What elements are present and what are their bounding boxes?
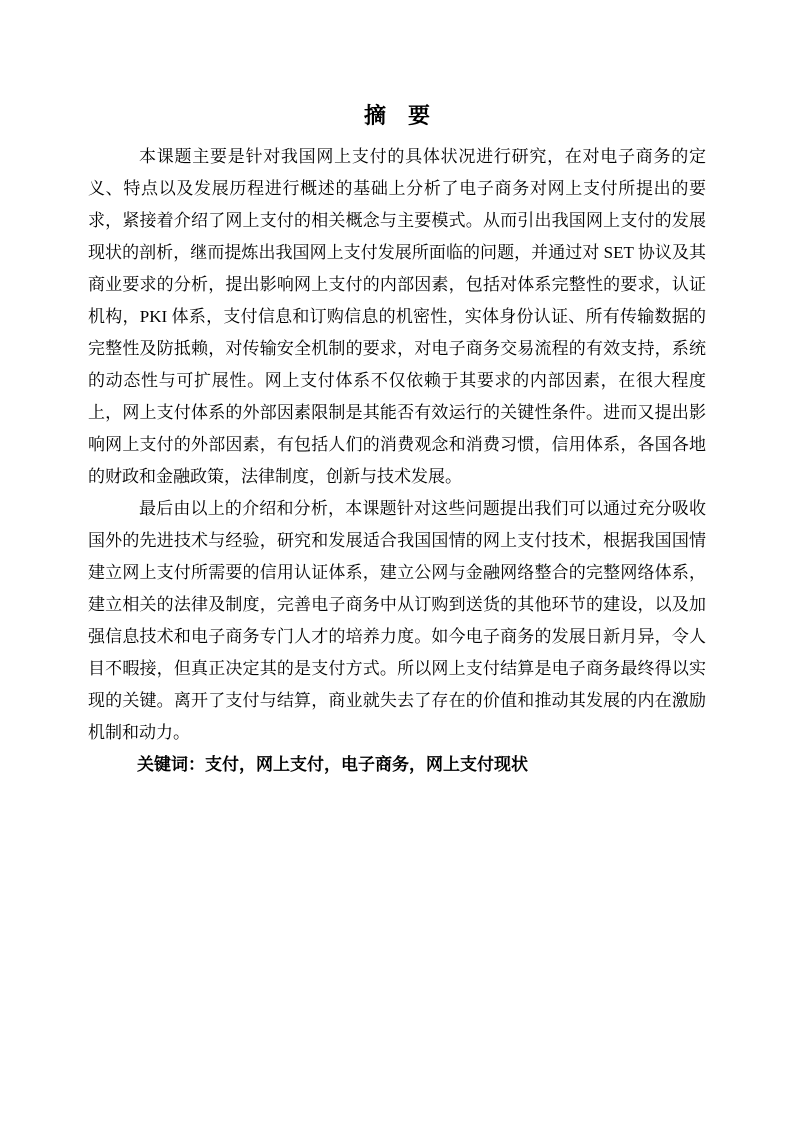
abstract-paragraph-2: 最后由以上的介绍和分析，本课题针对这些问题提出我们可以通过充分吸收国外的先进技术…: [88, 493, 706, 749]
keywords-label: 关键词：: [137, 755, 205, 774]
document-page: 摘 要 本课题主要是针对我国网上支付的具体状况进行研究，在对电子商务的定义、特点…: [0, 0, 794, 1123]
abstract-paragraph-1: 本课题主要是针对我国网上支付的具体状况进行研究，在对电子商务的定义、特点以及发展…: [88, 141, 706, 493]
keywords-value: 支付，网上支付，电子商务，网上支付现状: [205, 755, 528, 774]
keywords-line: 关键词：支付，网上支付，电子商务，网上支付现状: [88, 749, 706, 781]
abstract-title: 摘 要: [88, 0, 706, 129]
